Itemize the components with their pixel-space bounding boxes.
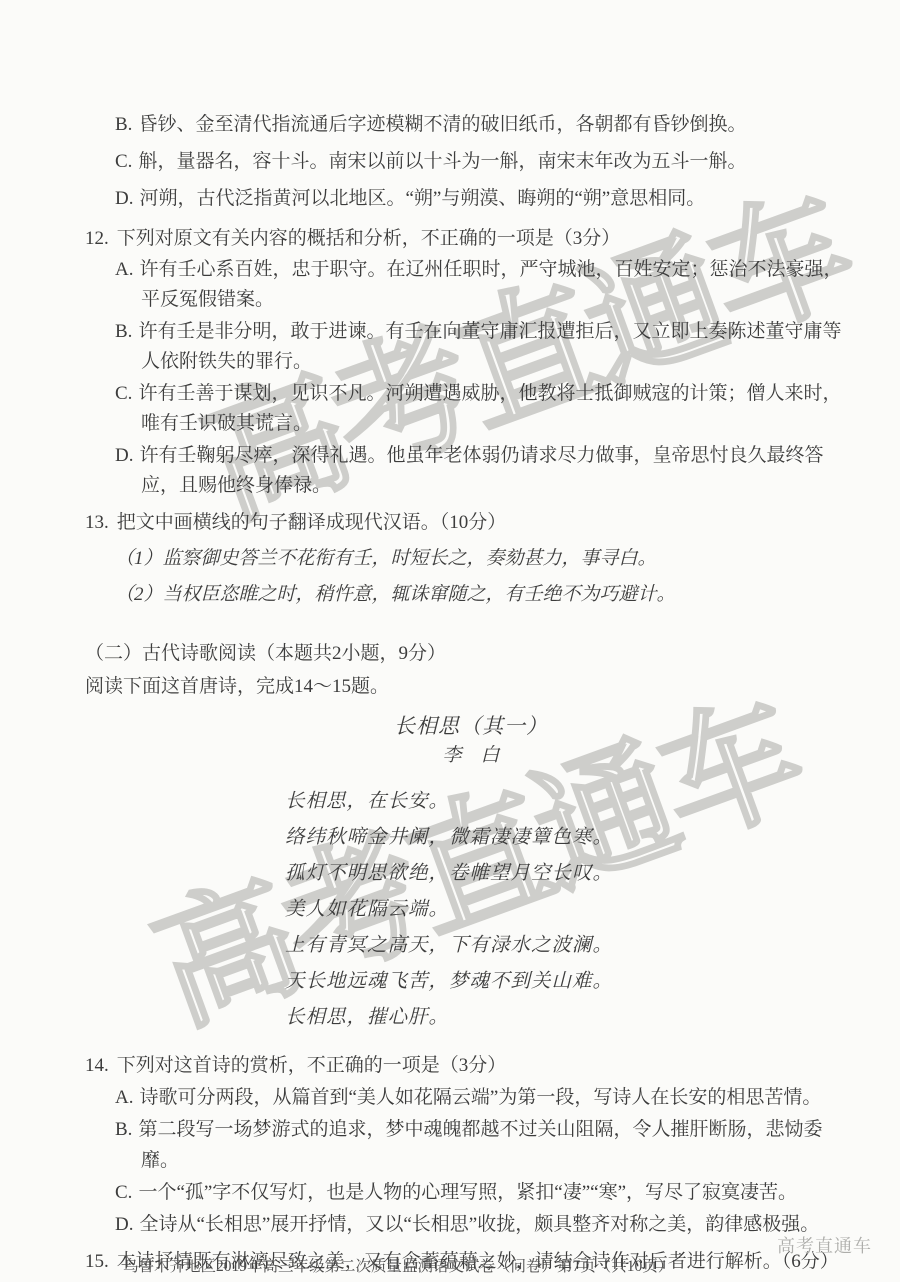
option-row-14a: A.诗歌可分两段，从篇首到“美人如花隔云端”为第一段，写诗人在长安的相思苦情。 — [115, 1082, 857, 1113]
footer-exam-name: 乌鲁木齐地区2019年高三年级第二次质量监测 — [123, 1258, 433, 1275]
question-14: 14.下列对这首诗的赏析，不正确的一项是（3分） A.诗歌可分两段，从篇首到“美… — [85, 1049, 857, 1240]
poem-line: 长相思，摧心肝。 — [285, 1000, 857, 1036]
option-text: 诗歌可分两段，从篇首到“美人如花隔云端”为第一段，写诗人在长安的相思苦情。 — [139, 1087, 821, 1108]
page-footer: 乌鲁木齐地区2019年高三年级第二次质量监测语文试卷（问卷）第7页（共10页） — [123, 1254, 673, 1276]
question-13-stem: 13.把文中画横线的句子翻译成现代汉语。（10分） — [85, 506, 857, 539]
question-number: 14. — [85, 1055, 109, 1076]
option-label: A. — [115, 259, 133, 280]
poem-line: 长相思，在长安。 — [285, 784, 857, 820]
option-row-12d: D.许有壬鞠躬尽瘁，深得礼遇。他虽年老体弱仍请求尽力做事，皇帝思忖良久最终答应，… — [115, 441, 857, 501]
option-text: 许有壬是非分明，敢于进谏。有壬在向董守庸汇报遭拒后，又立即上奏陈述董守庸等人依附… — [138, 321, 841, 372]
poem-block: 长相思（其一） 李 白 长相思，在长安。 络纬秋啼金井阑，微霜凄凄簟色寒。 孤灯… — [85, 711, 857, 1036]
option-label: D. — [115, 188, 133, 209]
footer-total-pages: （共10页） — [596, 1258, 674, 1275]
poem-line: 天长地远魂飞苦，梦魂不到关山难。 — [285, 964, 857, 1000]
exam-scan-page: 高考直通车 高考直通车 B.昏钞、金至清代指流通后字迹模糊不清的破旧纸币，各朝都… — [0, 0, 900, 1282]
option-label: C. — [115, 151, 132, 172]
question-number: 12. — [85, 228, 109, 249]
brand-watermark-text: 高考直通车 — [777, 1232, 872, 1258]
option-text: 第二段写一场梦游式的追求，梦中魂魄都越不过关山阻隔，令人摧肝断肠，悲恸委靡。 — [138, 1119, 822, 1171]
option-text: 许有壬心系百姓，忠于职守。在辽州任职时，严守城池，百姓安定；惩治不法豪强，平反冤… — [139, 259, 842, 310]
option-row-11d: D.河朔，古代泛指黄河以北地区。“朔”与朔漠、晦朔的“朔”意思相同。 — [115, 180, 857, 217]
option-label: C. — [115, 1182, 132, 1203]
option-label: D. — [115, 445, 133, 466]
option-label: B. — [115, 114, 132, 135]
section-2-intro: 阅读下面这首唐诗，完成14～15题。 — [85, 670, 857, 703]
option-text: 一个“孤”字不仅写灯，也是人物的心理写照，紧扣“凄”“寒”，写尽了寂寞凄苦。 — [138, 1182, 797, 1203]
question-12-options: A.许有壬心系百姓，忠于职守。在辽州任职时，严守城池，百姓安定；惩治不法豪强，平… — [115, 255, 857, 501]
option-text: 斛，量器名，容十斗。南宋以前以十斗为一斛，南宋末年改为五斗一斛。 — [138, 151, 746, 172]
question-12-stem: 12.下列对原文有关内容的概括和分析，不正确的一项是（3分） — [85, 222, 857, 255]
option-label: A. — [115, 1087, 133, 1108]
option-text: 河朔，古代泛指黄河以北地区。“朔”与朔漠、晦朔的“朔”意思相同。 — [139, 188, 705, 209]
question-14-options: A.诗歌可分两段，从篇首到“美人如花隔云端”为第一段，写诗人在长安的相思苦情。 … — [115, 1082, 857, 1240]
question-14-stem: 14.下列对这首诗的赏析，不正确的一项是（3分） — [85, 1049, 857, 1082]
poem-line: 络纬秋啼金井阑，微霜凄凄簟色寒。 — [285, 820, 857, 856]
question-13-part-1: （1）监察御史答兰不花衔有壬，时短长之，奏劾甚力，事寻白。 — [115, 542, 857, 575]
option-row-14b: B.第二段写一场梦游式的追求，梦中魂魄都越不过关山阻隔，令人摧肝断肠，悲恸委靡。 — [115, 1114, 857, 1176]
poem-line: 孤灯不明思欲绝，卷帷望月空长叹。 — [285, 856, 857, 892]
poem-line: 上有青冥之高天，下有渌水之波澜。 — [285, 928, 857, 964]
poem-lines: 长相思，在长安。 络纬秋啼金井阑，微霜凄凄簟色寒。 孤灯不明思欲绝，卷帷望月空长… — [285, 784, 857, 1036]
option-row-14c: C.一个“孤”字不仅写灯，也是人物的心理写照，紧扣“凄”“寒”，写尽了寂寞凄苦。 — [115, 1177, 857, 1208]
option-row-12c: C.许有壬善于谋划，见识不凡。河朔遭遇威胁，他教将士抵御贼寇的计策；僧人来时，唯… — [115, 379, 857, 439]
option-label: C. — [115, 383, 132, 404]
question-number: 15. — [85, 1251, 109, 1272]
exam-content: B.昏钞、金至清代指流通后字迹模糊不清的破旧纸币，各朝都有昏钞倒换。 C.斛，量… — [85, 106, 857, 1278]
poem-author: 李 白 — [85, 741, 857, 771]
question-13-part-2: （2）当权臣恣睢之时，稍忤意，辄诛窜随之，有壬绝不为巧避计。 — [115, 578, 857, 611]
option-row-14d: D.全诗从“长相思”展开抒情，又以“长相思”收拢，颇具整齐对称之美，韵律感极强。 — [115, 1209, 857, 1240]
option-row-11b: B.昏钞、金至清代指流通后字迹模糊不清的破旧纸币，各朝都有昏钞倒换。 — [115, 106, 857, 143]
poem-title: 长相思（其一） — [85, 711, 857, 741]
option-text: 许有壬善于谋划，见识不凡。河朔遭遇威胁，他教将士抵御贼寇的计策；僧人来时，唯有壬… — [138, 383, 841, 434]
footer-paper-name: 语文试卷（问卷） — [433, 1258, 557, 1275]
option-text: 许有壬鞠躬尽瘁，深得礼遇。他虽年老体弱仍请求尽力做事，皇帝思忖良久最终答应，且赐… — [139, 445, 823, 496]
section-2-heading: （二）古代诗歌阅读（本题共2小题，9分） — [85, 637, 857, 670]
option-text: 全诗从“长相思”展开抒情，又以“长相思”收拢，颇具整齐对称之美，韵律感极强。 — [139, 1214, 819, 1235]
poem-line: 美人如花隔云端。 — [285, 892, 857, 928]
option-row-11c: C.斛，量器名，容十斗。南宋以前以十斗为一斛，南宋末年改为五斗一斛。 — [115, 143, 857, 180]
option-label: D. — [115, 1214, 133, 1235]
question-number: 13. — [85, 512, 109, 533]
option-label: B. — [115, 321, 132, 342]
option-text: 昏钞、金至清代指流通后字迹模糊不清的破旧纸币，各朝都有昏钞倒换。 — [138, 114, 746, 135]
footer-page-number: 第7页 — [557, 1258, 596, 1275]
option-row-12a: A.许有壬心系百姓，忠于职守。在辽州任职时，严守城池，百姓安定；惩治不法豪强，平… — [115, 255, 857, 315]
option-label: B. — [115, 1119, 132, 1140]
option-row-12b: B.许有壬是非分明，敢于进谏。有壬在向董守庸汇报遭拒后，又立即上奏陈述董守庸等人… — [115, 317, 857, 377]
